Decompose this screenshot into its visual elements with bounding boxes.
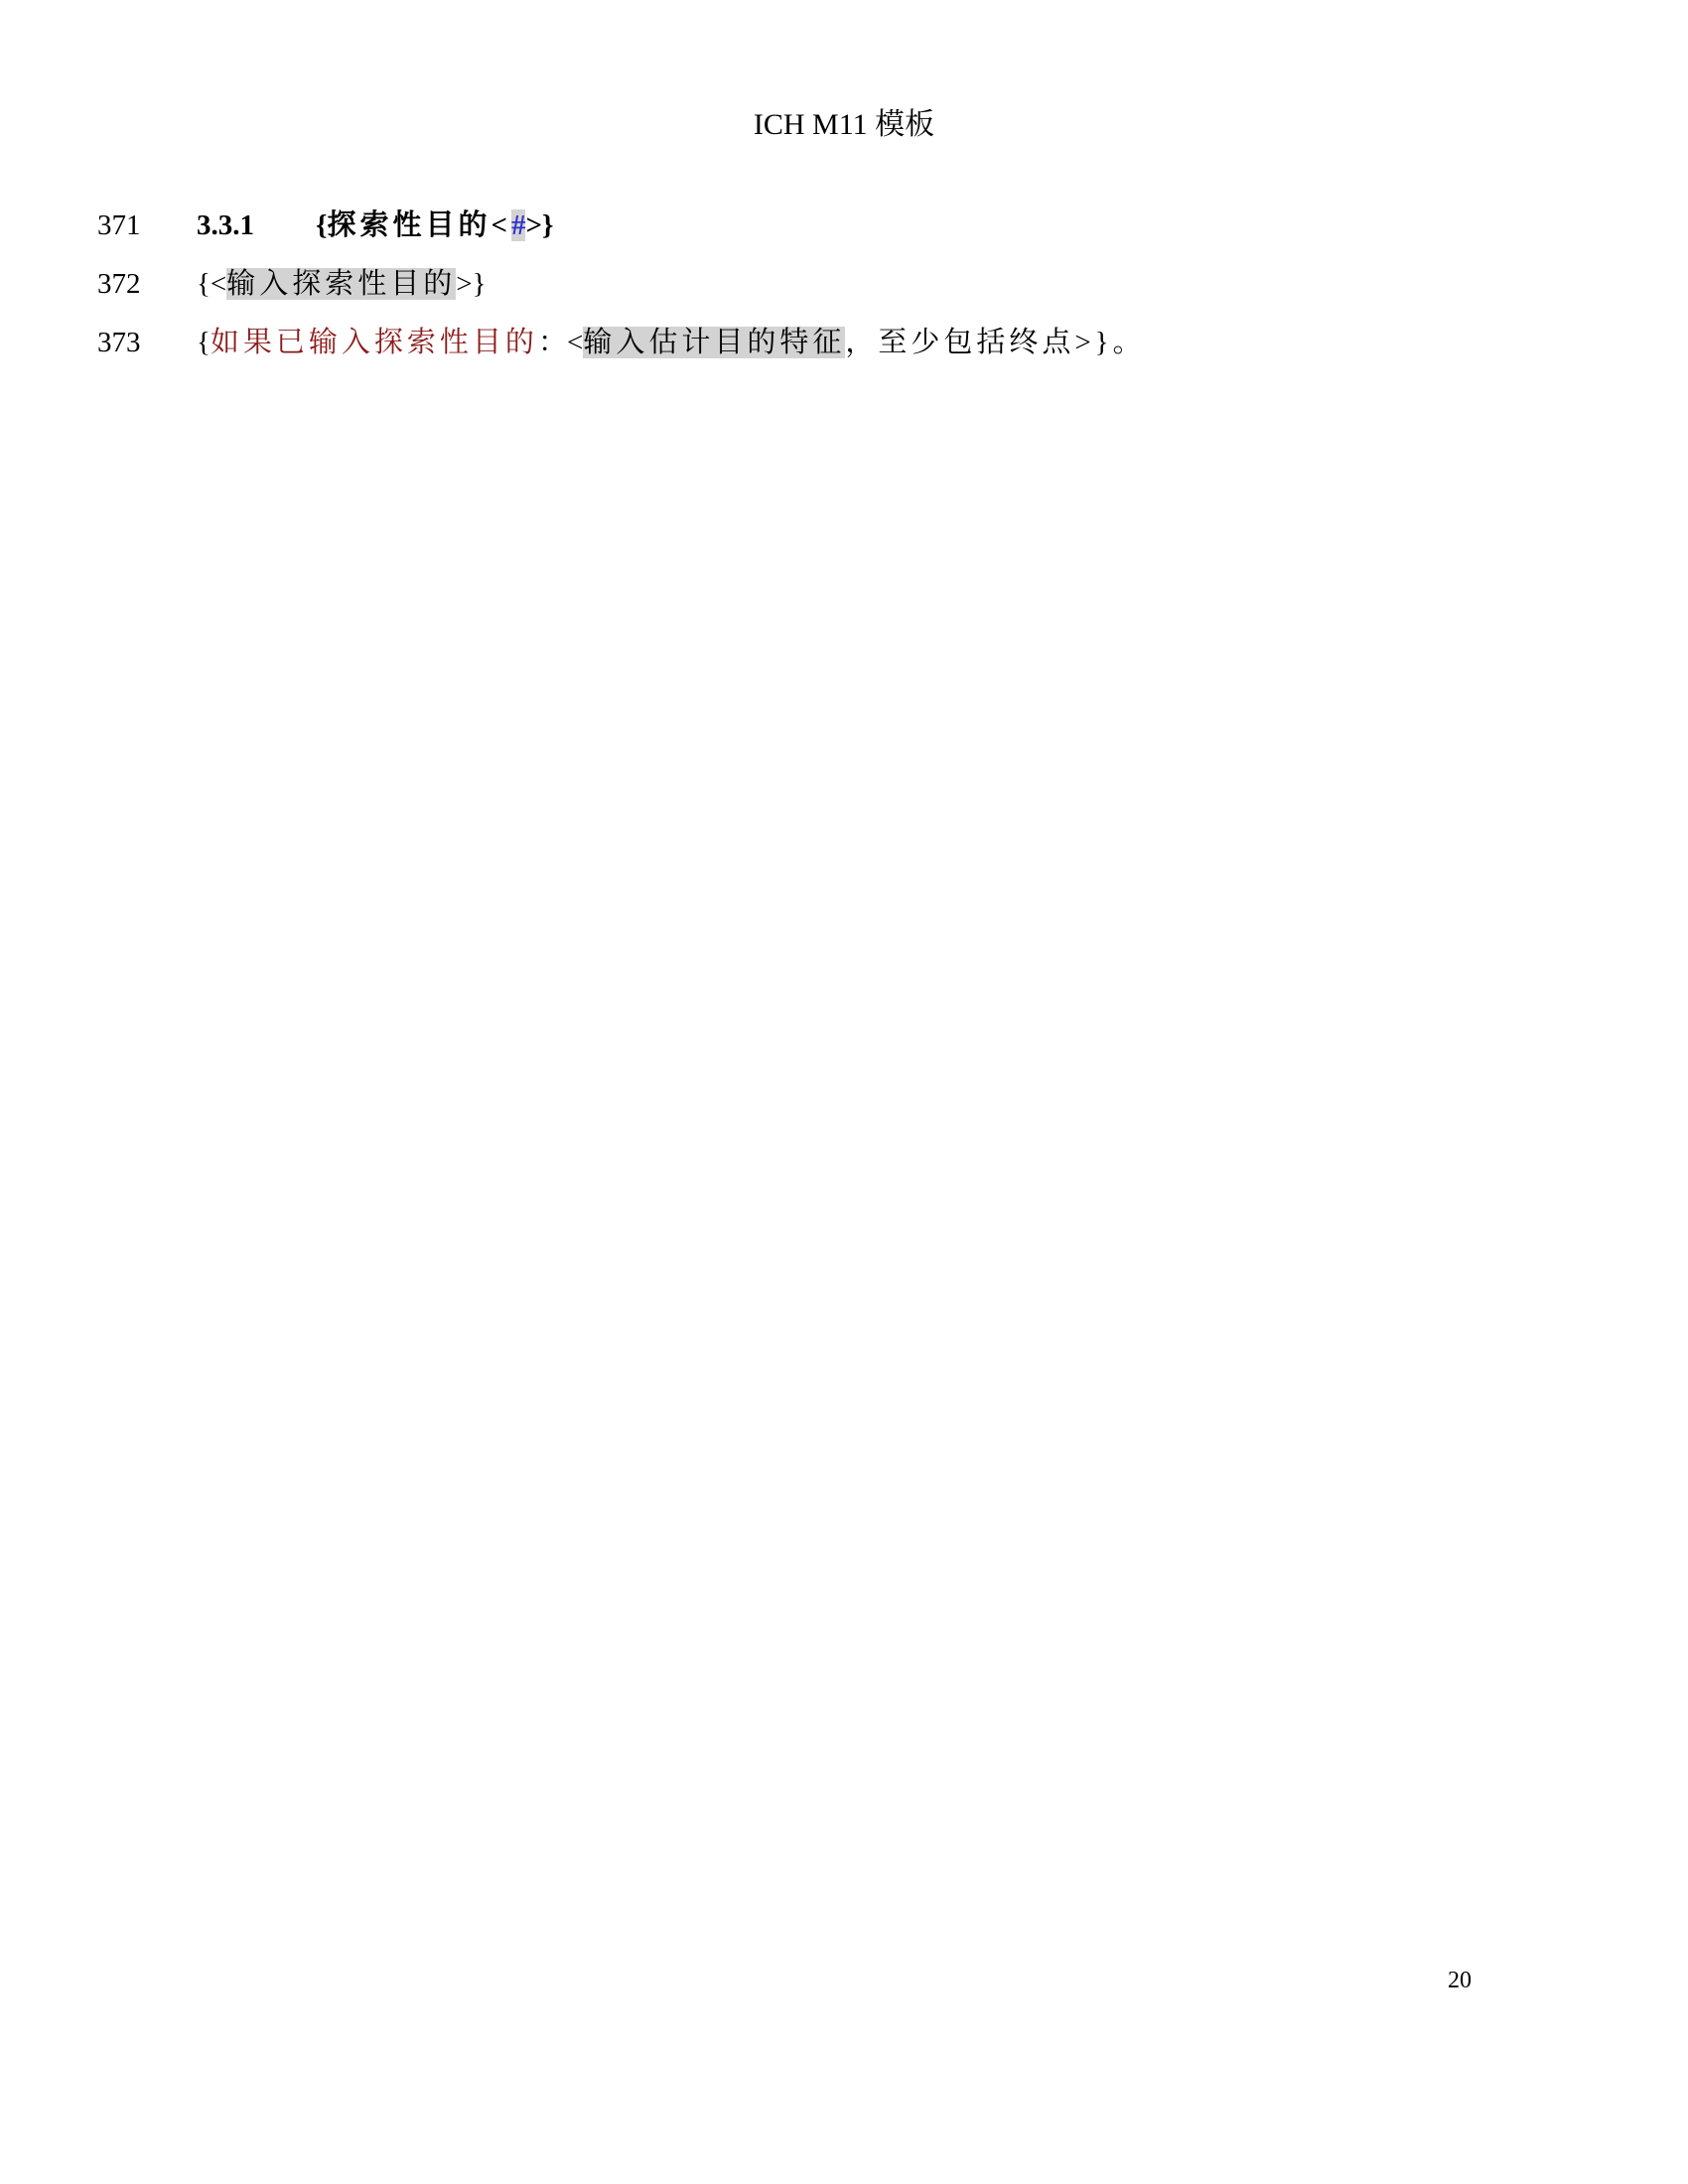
conditional-text: 如果已输入探索性目的 bbox=[211, 327, 538, 358]
estimand-placeholder[interactable]: 输入估计目的特征 bbox=[583, 327, 845, 358]
section-number: 3.3.1 bbox=[197, 209, 316, 242]
heading-open-brace: { bbox=[316, 209, 327, 241]
exploratory-objective-placeholder[interactable]: 输入探索性目的 bbox=[226, 268, 456, 300]
page-header: ICH M11 模板 bbox=[0, 99, 1688, 143]
heading-close: >} bbox=[525, 209, 553, 241]
line-371: 3713.3.1{探索性目的<#>} bbox=[97, 203, 553, 243]
open-brace: {< bbox=[197, 268, 226, 300]
heading-text: 探索性目的< bbox=[327, 209, 511, 241]
heading-number-placeholder[interactable]: # bbox=[511, 209, 526, 241]
line-373: 373{如果已输入探索性目的：<输入估计目的特征，至少包括终点>}。 bbox=[97, 320, 1146, 360]
open-brace: { bbox=[197, 327, 211, 358]
colon: ： bbox=[538, 327, 567, 358]
page-number: 20 bbox=[1448, 1968, 1472, 1994]
header-title: ICH M11 模板 bbox=[754, 108, 934, 141]
line-372: 372{<输入探索性目的>} bbox=[97, 261, 487, 302]
close-brace: >} bbox=[456, 268, 486, 300]
less-than: < bbox=[567, 327, 583, 358]
line-number: 373 bbox=[97, 327, 197, 359]
trailing-text: ，至少包括终点>}。 bbox=[845, 327, 1145, 358]
line-number: 371 bbox=[97, 209, 197, 242]
line-number: 372 bbox=[97, 268, 197, 301]
